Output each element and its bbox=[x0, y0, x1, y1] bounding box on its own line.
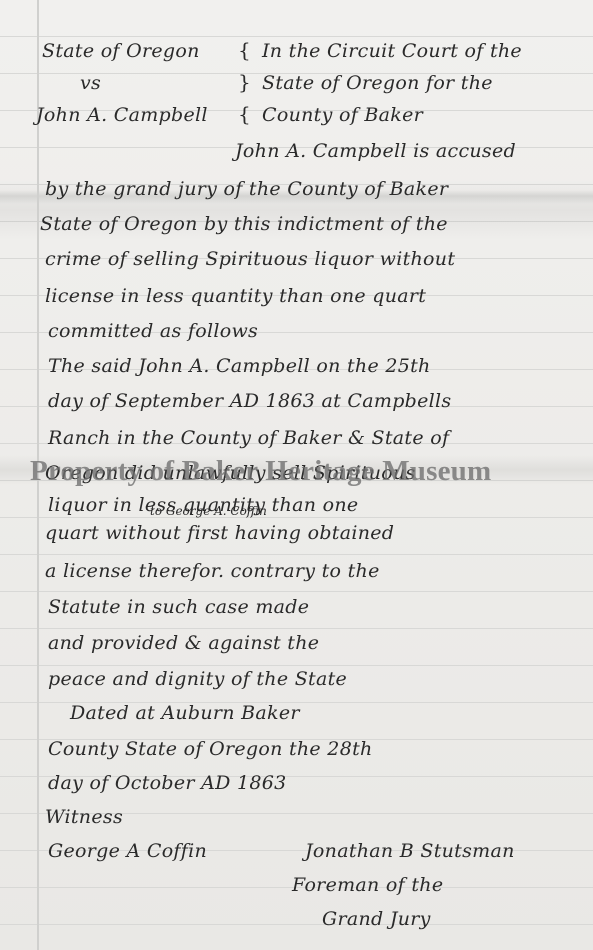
body-line: Ranch in the County of Baker & State of bbox=[48, 427, 449, 449]
caption-versus: vs bbox=[80, 72, 101, 94]
body-line: County State of Oregon the 28th bbox=[48, 738, 373, 760]
brace: { bbox=[238, 38, 251, 62]
interlineation: to George A. Coffin bbox=[150, 504, 267, 518]
caption-court-line-3: County of Baker bbox=[262, 104, 423, 126]
body-line: committed as follows bbox=[48, 320, 258, 342]
body-line: day of October AD 1863 bbox=[48, 772, 287, 794]
body-line: by the grand jury of the County of Baker bbox=[45, 178, 448, 200]
signature-name: Jonathan B Stutsman bbox=[305, 840, 515, 862]
caption-court-line-1: In the Circuit Court of the bbox=[262, 40, 522, 62]
body-line: John A. Campbell is accused bbox=[235, 140, 516, 162]
brace: } bbox=[238, 70, 251, 94]
body-line: State of Oregon by this indictment of th… bbox=[40, 213, 448, 235]
body-line: Dated at Auburn Baker bbox=[70, 702, 300, 724]
caption-court-line-2: State of Oregon for the bbox=[262, 72, 493, 94]
caption-defendant: John A. Campbell bbox=[36, 104, 208, 126]
witness-name: George A Coffin bbox=[48, 840, 207, 862]
body-line: license in less quantity than one quart bbox=[45, 285, 426, 307]
signature-title: Grand Jury bbox=[322, 908, 431, 930]
body-line: and provided & against the bbox=[48, 632, 319, 654]
body-line: crime of selling Spirituous liquor witho… bbox=[45, 248, 455, 270]
brace: { bbox=[238, 102, 251, 126]
body-line: day of September AD 1863 at Campbells bbox=[48, 390, 451, 412]
body-line: a license therefor. contrary to the bbox=[45, 560, 380, 582]
body-line: quart without first having obtained bbox=[45, 522, 394, 544]
body-line: Statute in such case made bbox=[48, 596, 309, 618]
witness-label: Witness bbox=[45, 806, 123, 828]
watermark: Property of Baker Heritage Museum bbox=[30, 455, 491, 488]
body-line: The said John A. Campbell on the 25th bbox=[48, 355, 431, 377]
signature-title: Foreman of the bbox=[292, 874, 443, 896]
caption-plaintiff: State of Oregon bbox=[42, 40, 200, 62]
body-line: peace and dignity of the State bbox=[48, 668, 347, 690]
